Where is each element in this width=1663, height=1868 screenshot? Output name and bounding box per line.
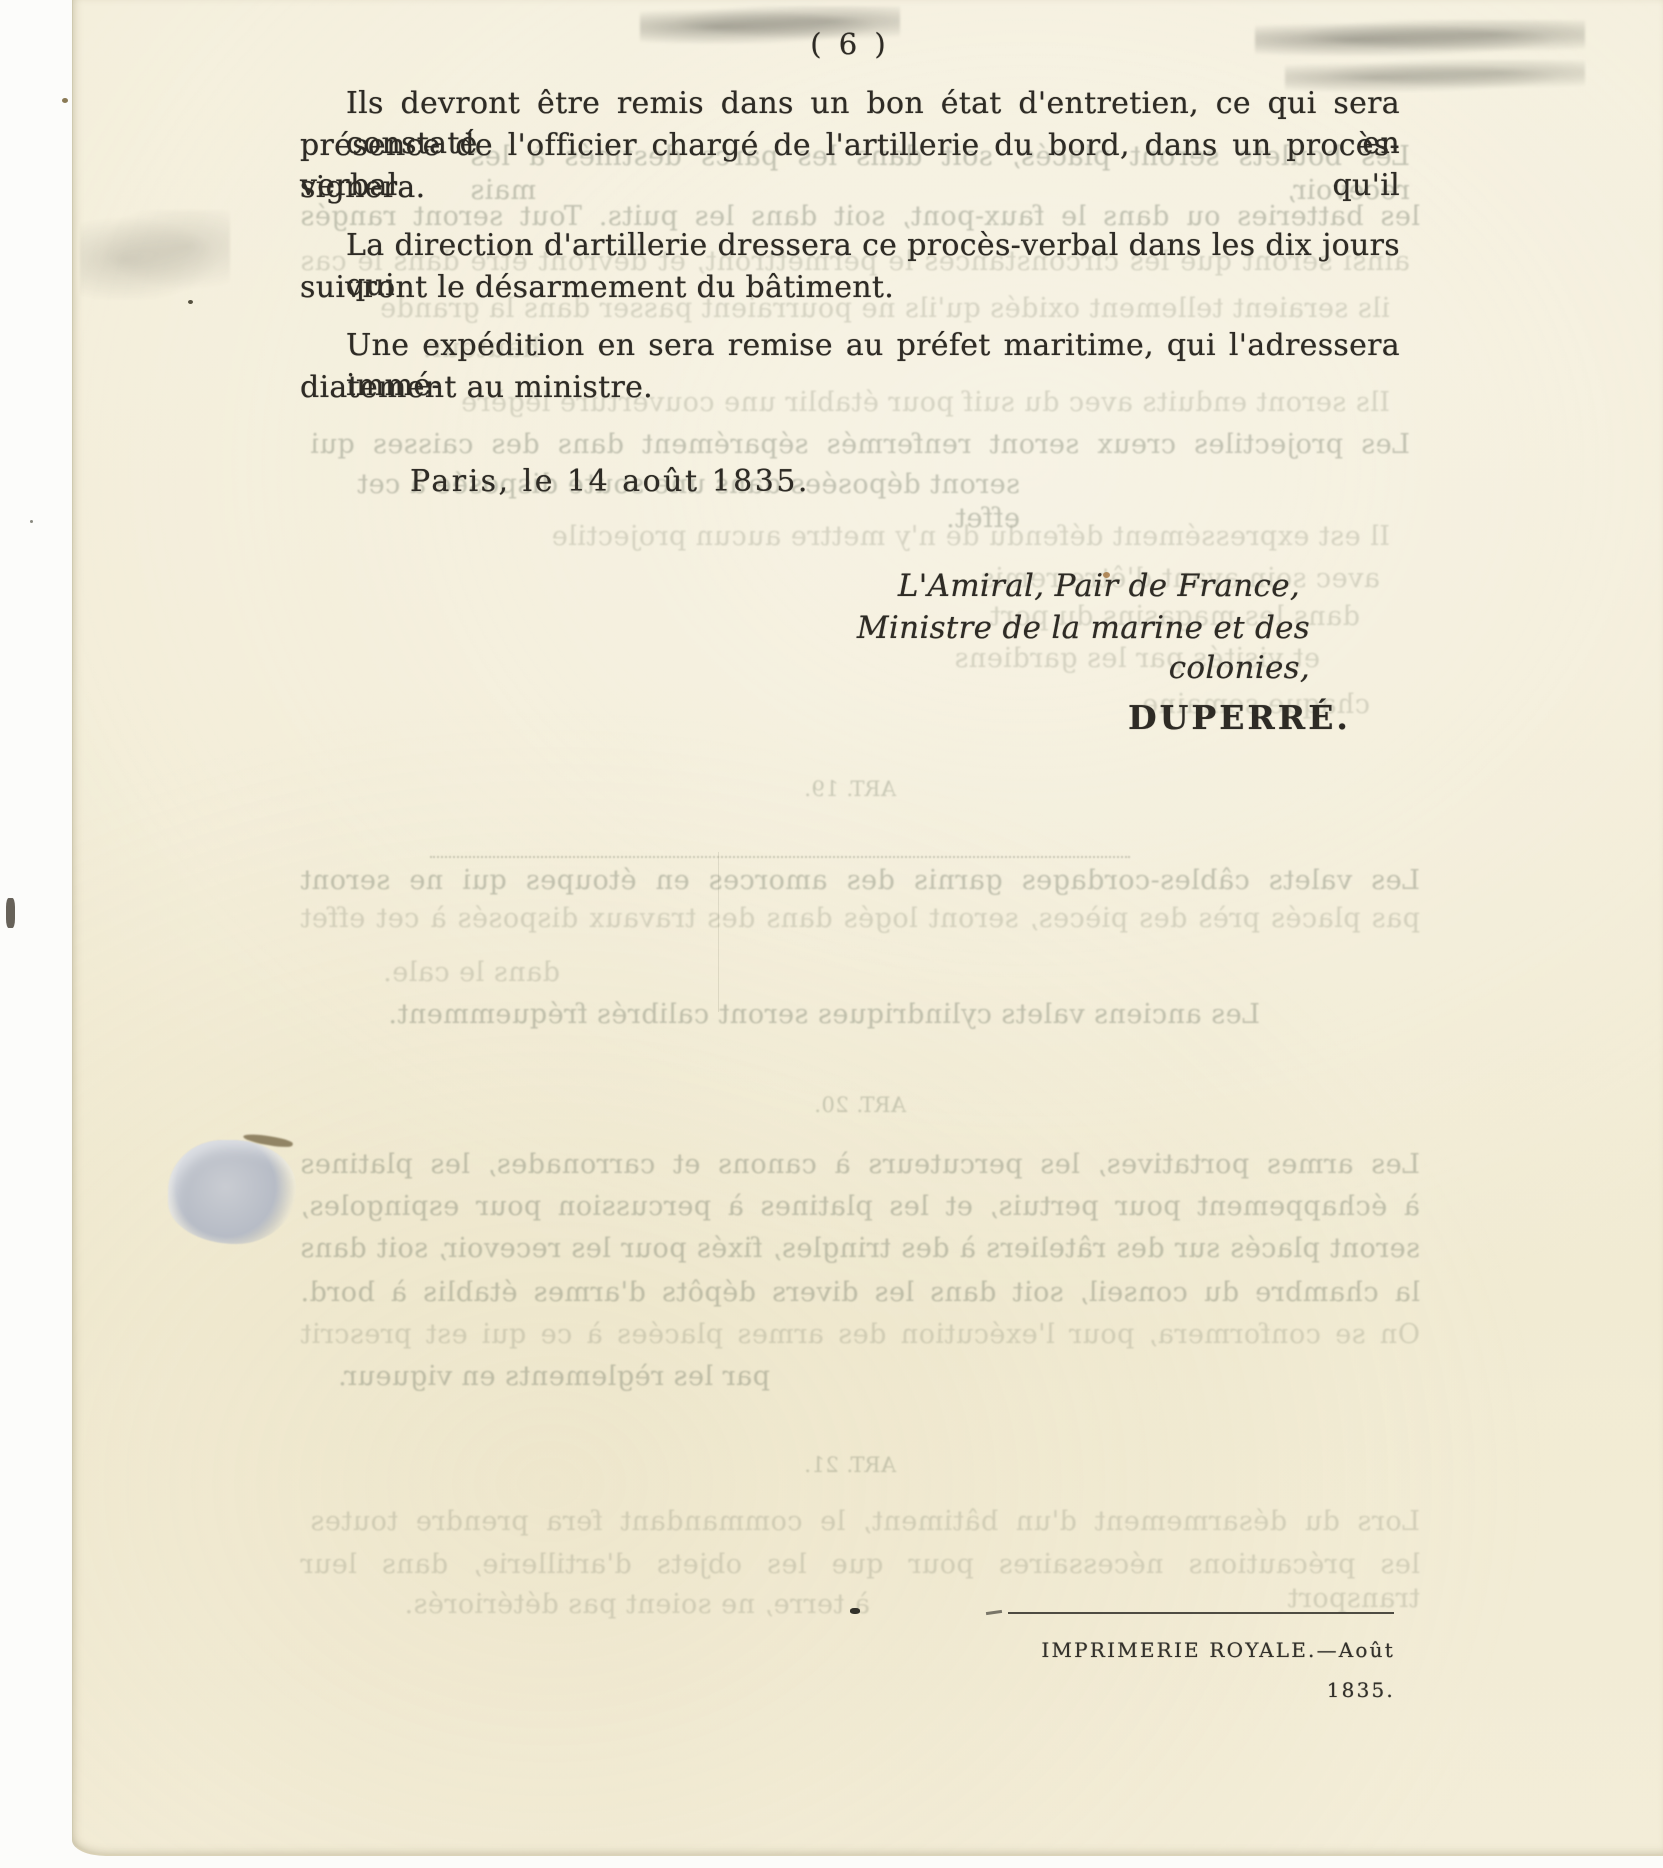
bleedthrough-line: Les valets câbles-cordages garnis des am… [300,864,1420,898]
ink-smudge [80,210,230,300]
signature-name: DUPERRÉ. [1128,698,1351,738]
bleedthrough-line: Lors du désarmement d'un bâtiment, le co… [310,1505,1420,1539]
bleedthrough-line: Les armes portatives, les percuteurs à c… [300,1148,1420,1182]
imprint-rule [1008,1612,1394,1614]
paper-speck [62,98,68,103]
bleedthrough-line: Il est expressément défendu de n'y mettr… [350,520,1390,554]
page-number: ( 6 ) [300,24,1400,64]
bleedthrough-line: ART. 21. [740,1448,960,1482]
bleedthrough-line: pas placés près des pièces, seront logés… [300,902,1420,936]
body-line: diatement au ministre. [300,368,653,408]
imprint-line: IMPRIMERIE ROYALE.—Août 1835. [995,1630,1395,1710]
paper-speck [6,898,15,928]
paper-speck [188,300,193,304]
bleedthrough-line: à échappement pour pertuis, et les plati… [300,1190,1420,1224]
signature-title-1: L'Amiral, Pair de France, [780,566,1300,606]
paper-crease [718,852,719,1012]
bleedthrough-line: la chambre du conseil, soit dans les div… [300,1276,1420,1310]
body-line: présence de l'officier chargé de l'artil… [300,126,1400,206]
bleedthrough-line: à terre, ne soient pas détériorés. [300,1588,870,1622]
signature-title-2: Ministre de la marine et des colonies, [790,608,1310,688]
dateline: Paris, le 14 août 1835. [410,462,810,502]
body-line: suivront le désarmement du bâtiment. [300,268,894,308]
bleedthrough-line: par les règlements en vigueur. [300,1360,770,1394]
bleedthrough-line: seront placés sur des râteliers à des tr… [300,1232,1420,1266]
bleedthrough-line: dans le cale. [300,956,560,990]
document-scan: Les boulets seront placés, soit dans les… [0,0,1663,1868]
paper-speck [30,520,33,523]
paper-speck [850,1608,860,1614]
bleedthrough-line: Les anciens valets cylindriques seront c… [360,998,1260,1032]
bleedthrough-rule [430,856,1130,858]
gray-stain [168,1140,296,1244]
bleedthrough-line: ART. 20. [760,1088,960,1122]
bleedthrough-line: Les projectiles creux seront renfermés s… [310,428,1410,462]
bleedthrough-line: ART. 19. [700,772,1000,806]
body-line: signera. [300,168,425,208]
bleedthrough-line: On se conformera, pour l'exécution des a… [300,1318,1420,1352]
